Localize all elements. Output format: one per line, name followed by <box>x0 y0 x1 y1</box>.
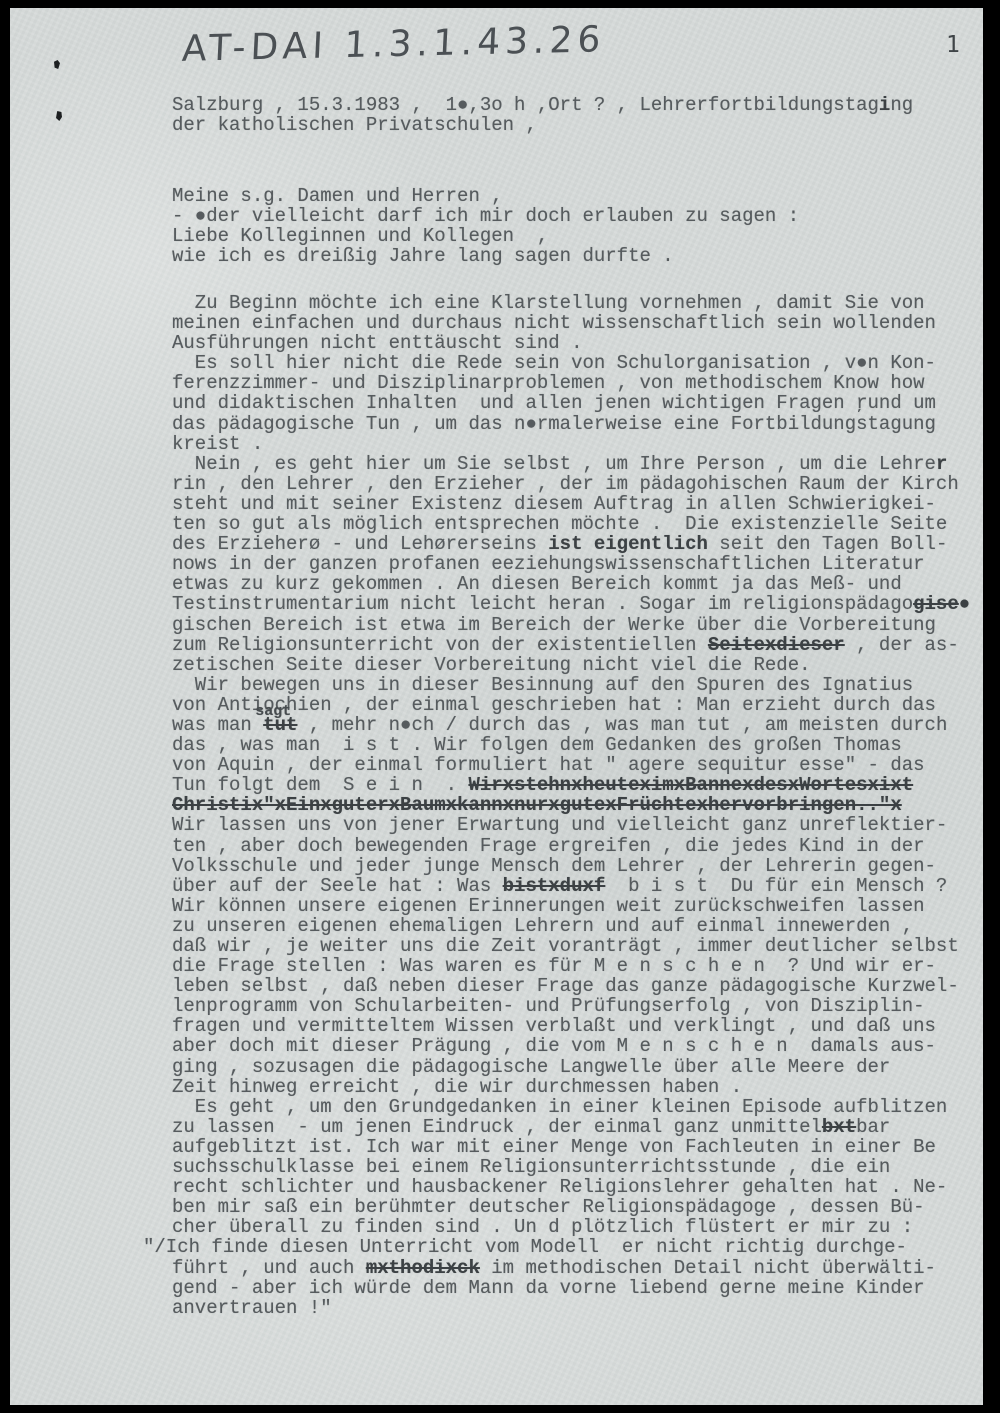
text-line: steht und mit seiner Existenz diesem Auf… <box>172 494 970 514</box>
text-segment: Es geht , um den Grundgedanken in einer … <box>172 1096 947 1118</box>
text-segment: Nein , es geht hier um Sie selbst , um I… <box>172 453 936 475</box>
text-line: zum Religionsunterricht von der existent… <box>172 635 970 655</box>
text-segment: Salzburg , 15.3.1983 , 1●,3o h ,Ort ? , … <box>172 94 879 116</box>
struck-text: bxt <box>822 1116 856 1138</box>
scanned-document-page: AT-DAI 1.3.1.43.26 1 Salzburg , 15.3.198… <box>0 0 1000 1413</box>
text-line: gend - aber ich würde dem Mann da vorne … <box>172 1278 970 1298</box>
text-line: Es soll hier nicht die Rede sein von Sch… <box>172 353 970 373</box>
text-line: Tun folgt dem S e i n . Wirxstehnxheutex… <box>172 775 970 795</box>
text-line: Testinstrumentarium nicht leicht heran .… <box>172 594 970 614</box>
text-segment: ist eigentlich <box>548 533 708 555</box>
text-line: Wir können unsere eigenen Erinnerungen w… <box>172 896 970 916</box>
text-segment: zu lassen - um jenen Eindruck , der einm… <box>172 1116 822 1138</box>
struck-text: Seitexdieser <box>708 634 845 656</box>
text-line: suchsschulklasse bei einem Religionsunte… <box>172 1157 970 1177</box>
text-line: ten so gut als möglich entsprechen möcht… <box>172 514 970 534</box>
text-line: cher überall zu finden sind . Un d plötz… <box>172 1217 970 1237</box>
text-segment: nows in der ganzen profanen eeziehungswi… <box>172 553 925 575</box>
text-segment: seit den Tagen Boll- <box>708 533 947 555</box>
text-line: zu lassen - um jenen Eindruck , der einm… <box>172 1117 970 1137</box>
text-line: Zu Beginn möchte ich eine Klarstellung v… <box>172 293 970 313</box>
text-line: Volksschule und jeder junge Mensch dem L… <box>172 856 970 876</box>
text-segment: bar <box>856 1116 890 1138</box>
text-segment: zetischen Seite dieser Vorbereitung nich… <box>172 654 811 676</box>
text-segment: aber doch mit dieser Prägung , die vom M… <box>172 1035 936 1057</box>
text-line: der katholischen Privatschulen , <box>172 115 913 135</box>
text-segment: - ●der vielleicht darf ich mir doch erla… <box>172 205 799 227</box>
paragraph-body: Zu Beginn möchte ich eine Klarstellung v… <box>172 293 970 1318</box>
text-segment: ging , sozusagen die pädagogische Langwe… <box>172 1056 890 1078</box>
struck-text: gise <box>913 593 959 615</box>
text-line: Wir lassen uns von jener Erwartung und v… <box>172 815 970 835</box>
text-segment: ng <box>890 94 913 116</box>
text-line: gischen Bereich ist etwa im Bereich der … <box>172 615 970 635</box>
text-segment: recht schlichter und hausbackener Religi… <box>172 1176 947 1198</box>
text-line: das , was man i s t . Wir folgen dem Ged… <box>172 735 970 755</box>
text-segment: fragen und vermitteltem Wissen verblaßt … <box>172 1015 936 1037</box>
text-segment: von Aquin , der einmal formuliert hat " … <box>172 754 925 776</box>
text-segment: die Frage stellen : Was waren es für M e… <box>172 955 936 977</box>
text-segment: Ausführungen nicht enttäuscht sind . <box>172 332 582 354</box>
text-line: Christix"xEinxguterxBaumxkannxnurxgutexF… <box>172 795 970 815</box>
text-segment: ben mir saß ein berühmter deutscher Reli… <box>172 1196 925 1218</box>
struck-text: mxthodixck <box>366 1257 480 1279</box>
text-segment: gend - aber ich würde dem Mann da vorne … <box>172 1277 925 1299</box>
text-line: ging , sozusagen die pädagogische Langwe… <box>172 1057 970 1077</box>
text-line: das pädagogische Tun , um das n●rmalerwe… <box>172 414 970 434</box>
text-segment: wie ich es dreißig Jahre lang sagen durf… <box>172 245 674 267</box>
text-segment: b i s t Du für ein Mensch ? <box>605 875 947 897</box>
paragraph-salutation: Meine s.g. Damen und Herren ,- ●der viel… <box>172 186 799 266</box>
text-segment: Volksschule und jeder junge Mensch dem L… <box>172 855 936 877</box>
text-segment: cher überall zu finden sind . Un d plötz… <box>172 1216 913 1238</box>
text-segment: zum Religionsunterricht von der existent… <box>172 634 708 656</box>
text-line: Ausführungen nicht enttäuscht sind . <box>172 333 970 353</box>
text-segment: Wir können unsere eigenen Erinnerungen w… <box>172 895 925 917</box>
text-segment: das pädagogische Tun , um das n●rmalerwe… <box>172 413 936 435</box>
text-line: Wir bewegen uns in dieser Besinnung auf … <box>172 675 970 695</box>
text-segment: im methodischen Detail nicht überwälti- <box>480 1257 936 1279</box>
text-segment: , der as- <box>845 634 959 656</box>
text-segment: Zeit hinweg erreicht , die wir durchmess… <box>172 1076 742 1098</box>
text-line: aufgeblitzt ist. Ich war mit einer Menge… <box>172 1137 970 1157</box>
text-line: nows in der ganzen profanen eeziehungswi… <box>172 554 970 574</box>
text-line: die Frage stellen : Was waren es für M e… <box>172 956 970 976</box>
text-segment: zu unseren eigenen ehemaligen Lehrern un… <box>172 915 913 937</box>
text-segment: führt , und auch <box>172 1257 366 1279</box>
paragraph-heading: Salzburg , 15.3.1983 , 1●,3o h ,Ort ? , … <box>172 95 913 135</box>
text-line: und didaktischen Inhalten und allen jene… <box>172 393 970 413</box>
text-line: Meine s.g. Damen und Herren , <box>172 186 799 206</box>
text-segment: i <box>879 94 890 116</box>
text-line: fragen und vermitteltem Wissen verblaßt … <box>172 1016 970 1036</box>
text-segment: Testinstrumentarium nicht leicht heran .… <box>172 593 913 615</box>
text-segment: was man <box>172 714 263 736</box>
text-line: Salzburg , 15.3.1983 , 1●,3o h ,Ort ? , … <box>172 95 913 115</box>
text-line: ferenzzimmer- und Disziplinarproblemen ,… <box>172 373 970 393</box>
text-segment: das , was man i s t . Wir folgen dem Ged… <box>172 734 902 756</box>
text-line: recht schlichter und hausbackener Religi… <box>172 1177 970 1197</box>
text-line: von Aquin , der einmal formuliert hat " … <box>172 755 970 775</box>
text-segment: des Erzieherø - und Lehørerseins <box>172 533 548 555</box>
text-segment: suchsschulklasse bei einem Religionsunte… <box>172 1156 890 1178</box>
text-line: Liebe Kolleginnen und Kollegen , <box>172 226 799 246</box>
text-segment: leben selbst , daß neben dieser Frage da… <box>172 975 959 997</box>
text-line: führt , und auch mxthodixck im methodisc… <box>172 1258 970 1278</box>
text-segment: daß wir , je weiter uns die Zeit vorantr… <box>172 935 959 957</box>
text-segment: r <box>936 453 947 475</box>
text-line: etwas zu kurz gekommen . An diesen Berei… <box>172 574 970 594</box>
text-line: Nein , es geht hier um Sie selbst , um I… <box>172 454 970 474</box>
text-segment: Zu Beginn möchte ich eine Klarstellung v… <box>172 292 925 314</box>
text-line: kreist . <box>172 434 970 454</box>
text-segment: ten so gut als möglich entsprechen möcht… <box>172 513 947 535</box>
text-segment: Es soll hier nicht die Rede sein von Sch… <box>172 352 936 374</box>
text-line: leben selbst , daß neben dieser Frage da… <box>172 976 970 996</box>
text-line: anvertrauen !" <box>172 1298 970 1318</box>
text-segment: meinen einfachen und durchaus nicht wiss… <box>172 312 936 334</box>
text-line: ten , aber doch bewegenden Frage ergreif… <box>172 836 970 856</box>
text-segment: rin , den Lehrer , den Erzieher , der im… <box>172 473 959 495</box>
struck-text: Christix"xEinxguterxBaumxkannxnurxgutexF… <box>172 794 902 816</box>
inserted-text-above: sagt <box>255 702 291 722</box>
typewritten-text: Salzburg , 15.3.1983 , 1●,3o h ,Ort ? , … <box>0 0 1000 1413</box>
text-line: wie ich es dreißig Jahre lang sagen durf… <box>172 246 799 266</box>
text-segment: kreist . <box>172 433 263 455</box>
text-line: lenprogramm von Schularbeiten- und Prüfu… <box>172 996 970 1016</box>
struck-text: WirxstehnxheuteximxBannexdesxWortesxixt <box>468 774 913 796</box>
text-segment: Meine s.g. Damen und Herren , <box>172 185 503 207</box>
text-segment: steht und mit seiner Existenz diesem Auf… <box>172 493 936 515</box>
text-segment: "/Ich finde diesen Unterricht vom Modell… <box>143 1236 907 1258</box>
text-segment: ● <box>959 593 970 615</box>
text-line: ben mir saß ein berühmter deutscher Reli… <box>172 1197 970 1217</box>
struck-text: bistxduxf <box>503 875 606 897</box>
text-segment: ferenzzimmer- und Disziplinarproblemen ,… <box>172 372 925 394</box>
text-line: zetischen Seite dieser Vorbereitung nich… <box>172 655 970 675</box>
text-segment: anvertrauen !" <box>172 1297 332 1319</box>
text-segment: lenprogramm von Schularbeiten- und Prüfu… <box>172 995 925 1017</box>
text-line: über auf der Seele hat : Was bistxduxf b… <box>172 876 970 896</box>
text-line: rin , den Lehrer , den Erzieher , der im… <box>172 474 970 494</box>
text-segment: ten , aber doch bewegenden Frage ergreif… <box>172 835 925 857</box>
text-line: Es geht , um den Grundgedanken in einer … <box>172 1097 970 1117</box>
text-line: zu unseren eigenen ehemaligen Lehrern un… <box>172 916 970 936</box>
text-segment: Liebe Kolleginnen und Kollegen , <box>172 225 548 247</box>
text-segment: und didaktischen Inhalten und allen jene… <box>172 392 936 414</box>
text-segment: etwas zu kurz gekommen . An diesen Berei… <box>172 573 902 595</box>
text-segment: über auf der Seele hat : Was <box>172 875 503 897</box>
text-line: Zeit hinweg erreicht , die wir durchmess… <box>172 1077 970 1097</box>
text-segment: Tun folgt dem S e i n . <box>172 774 468 796</box>
text-segment: Wir lassen uns von jener Erwartung und v… <box>172 814 947 836</box>
text-segment: gischen Bereich ist etwa im Bereich der … <box>172 614 936 636</box>
text-segment: Wir bewegen uns in dieser Besinnung auf … <box>172 674 913 696</box>
text-line: meinen einfachen und durchaus nicht wiss… <box>172 313 970 333</box>
text-line: von Antiochien , der einmal geschrieben … <box>172 695 970 715</box>
text-segment: aufgeblitzt ist. Ich war mit einer Menge… <box>172 1136 936 1158</box>
text-segment: der katholischen Privatschulen , <box>172 114 537 136</box>
text-line: des Erzieherø - und Lehørerseins ist eig… <box>172 534 970 554</box>
text-line: "/Ich finde diesen Unterricht vom Modell… <box>172 1237 970 1257</box>
text-line: - ●der vielleicht darf ich mir doch erla… <box>172 206 799 226</box>
text-line: aber doch mit dieser Prägung , die vom M… <box>172 1036 970 1056</box>
text-line: daß wir , je weiter uns die Zeit vorantr… <box>172 936 970 956</box>
text-segment: , mehr n●ch / durch das , was man tut , … <box>297 714 947 736</box>
text-line: was man sagttut , mehr n●ch / durch das … <box>172 715 970 735</box>
